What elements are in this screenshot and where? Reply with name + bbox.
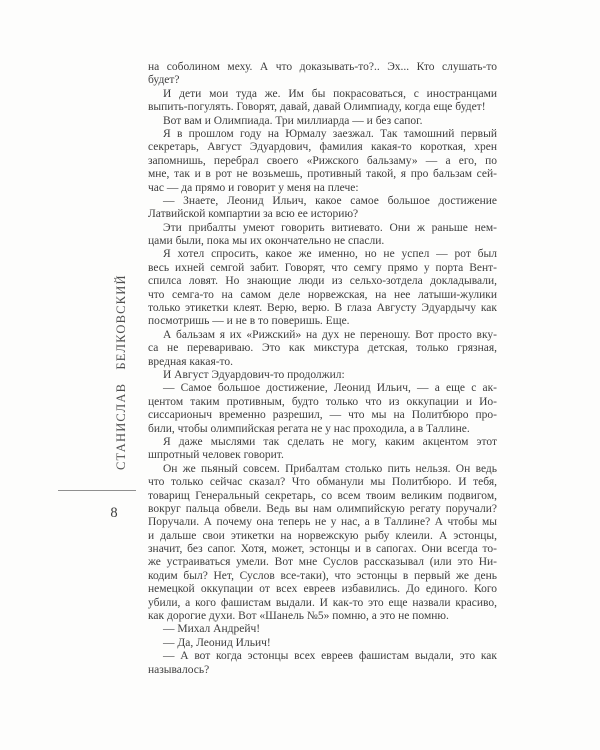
paragraph: — Самое большое достижение, Леонид Ильич… [148, 382, 497, 436]
text-line: Я даже мыслями так сделать не могу, каки… [148, 436, 497, 449]
paragraph: — Да, Леонид Ильич! [148, 637, 497, 650]
text-line: Я хотел спросить, какое же именно, но не… [148, 248, 497, 261]
author-spine-title: СТАНИСЛАВ БЕЛКОВСКИЙ [111, 277, 131, 470]
text-line: посмотришь — и не в то поверишь. Еще. [148, 315, 497, 328]
text-line: — А вот когда эстонцы всех евреев фашист… [148, 650, 497, 663]
paragraph: А бальзам я их «Рижский» на дух не перен… [148, 329, 497, 369]
text-line: будет? [148, 74, 497, 87]
text-line: час — да прямо и говорит у меня на плече… [148, 182, 497, 195]
text-line: И Август Эдуардович-то продолжил: [148, 369, 497, 382]
paragraph: Вот вам и Олимпиада. Три миллиарда — и б… [148, 115, 497, 128]
text-line: сиссарионыч временно разрешил, — что мы … [148, 409, 497, 422]
text-line: убили, а кого фашистам выдали. И как-то … [148, 597, 497, 610]
text-line: что только сейчас сказал? Что обманули м… [148, 476, 497, 489]
paragraph: Я хотел спросить, какое же именно, но не… [148, 248, 497, 328]
text-line: значит, без сапог. Хотя, может, эстонцы … [148, 543, 497, 556]
text-line: что семга-то на самом деле норвежская, н… [148, 289, 497, 302]
text-line: вокруг пальца обвели. Ведь вы нам олимпи… [148, 503, 497, 516]
text-line: немецкой оккупации от всех евреев избави… [148, 583, 497, 596]
paragraph: на соболином меху. А что доказывать-то?.… [148, 61, 497, 88]
paragraph: Он же пьяный совсем. Прибалтам столько п… [148, 463, 497, 624]
page-number-rule [58, 490, 136, 491]
text-line: Латвийской компартии за всю ее историю? [148, 208, 497, 221]
text-line: же устраиваться умели. Вот мне Суслов ра… [148, 556, 497, 569]
paragraph: И Август Эдуардович-то продолжил: [148, 369, 497, 382]
paragraph: — Знаете, Леонид Ильич, какое самое боль… [148, 195, 497, 222]
text-line: на соболином меху. А что доказывать-то?.… [148, 61, 497, 74]
text-line: как дорогие духи. Вот «Шанель №5» помню,… [148, 610, 497, 623]
paragraph: Я в прошлом году на Юрмалу заезжал. Так … [148, 128, 497, 195]
paragraph: — Михал Андрейч! [148, 623, 497, 636]
text-line: только этикетки клеят. Верю, верю. В гла… [148, 302, 497, 315]
text-line: — Самое большое достижение, Леонид Ильич… [148, 382, 497, 395]
text-line: мне, так и в рот не возьмешь, противный … [148, 168, 497, 181]
text-line: и дальше свои этикетки на норвежскую рыб… [148, 530, 497, 543]
book-page: СТАНИСЛАВ БЕЛКОВСКИЙ 8 на соболином меху… [0, 0, 600, 750]
body-text-column: на соболином меху. А что доказывать-то?.… [148, 61, 497, 677]
text-line: кодим был? Нет, Суслов все-таки), что эс… [148, 570, 497, 583]
text-line: — Да, Леонид Ильич! [148, 637, 497, 650]
text-line: А бальзам я их «Рижский» на дух не перен… [148, 329, 497, 342]
text-line: весь ихней семгой забит. Говорят, что се… [148, 262, 497, 275]
text-line: товарищ Генеральный секретарь, со всем т… [148, 490, 497, 503]
text-line: спилса ловят. Но знающие люди из сельхо-… [148, 275, 497, 288]
text-line: Вот вам и Олимпиада. Три миллиарда — и б… [148, 115, 497, 128]
page-number: 8 [98, 505, 130, 522]
text-line: са не перевариваю. Это как микстура детс… [148, 342, 497, 355]
text-line: называлось? [148, 664, 497, 677]
text-line: Он же пьяный совсем. Прибалтам столько п… [148, 463, 497, 476]
text-line: секретарь, Август Эдуардович, фамилия ка… [148, 141, 497, 154]
paragraph: Я даже мыслями так сделать не могу, каки… [148, 436, 497, 463]
paragraph: — А вот когда эстонцы всех евреев фашист… [148, 650, 497, 677]
text-line: центом таким противным, будто только что… [148, 396, 497, 409]
text-line: шпротный человек говорит. [148, 449, 497, 462]
text-line: вредная какая-то. [148, 356, 497, 369]
text-line: запомнишь, перебрал своего «Рижского бал… [148, 155, 497, 168]
text-line: били, чтобы олимпийская регата не у нас … [148, 423, 497, 436]
text-line: Я в прошлом году на Юрмалу заезжал. Так … [148, 128, 497, 141]
paragraph: Эти прибалты умеют говорить витиевато. О… [148, 222, 497, 249]
text-line: цами были, пока мы их окончательно не сп… [148, 235, 497, 248]
text-line: выпить-погулять. Говорят, давай, давай О… [148, 101, 497, 114]
text-line: Эти прибалты умеют говорить витиевато. О… [148, 222, 497, 235]
paragraph: И дети мои туда же. Им бы покрасоваться,… [148, 88, 497, 115]
text-line: — Знаете, Леонид Ильич, какое самое боль… [148, 195, 497, 208]
text-line: И дети мои туда же. Им бы покрасоваться,… [148, 88, 497, 101]
text-line: Поручали. А почему она теперь не у нас, … [148, 516, 497, 529]
text-line: — Михал Андрейч! [148, 623, 497, 636]
